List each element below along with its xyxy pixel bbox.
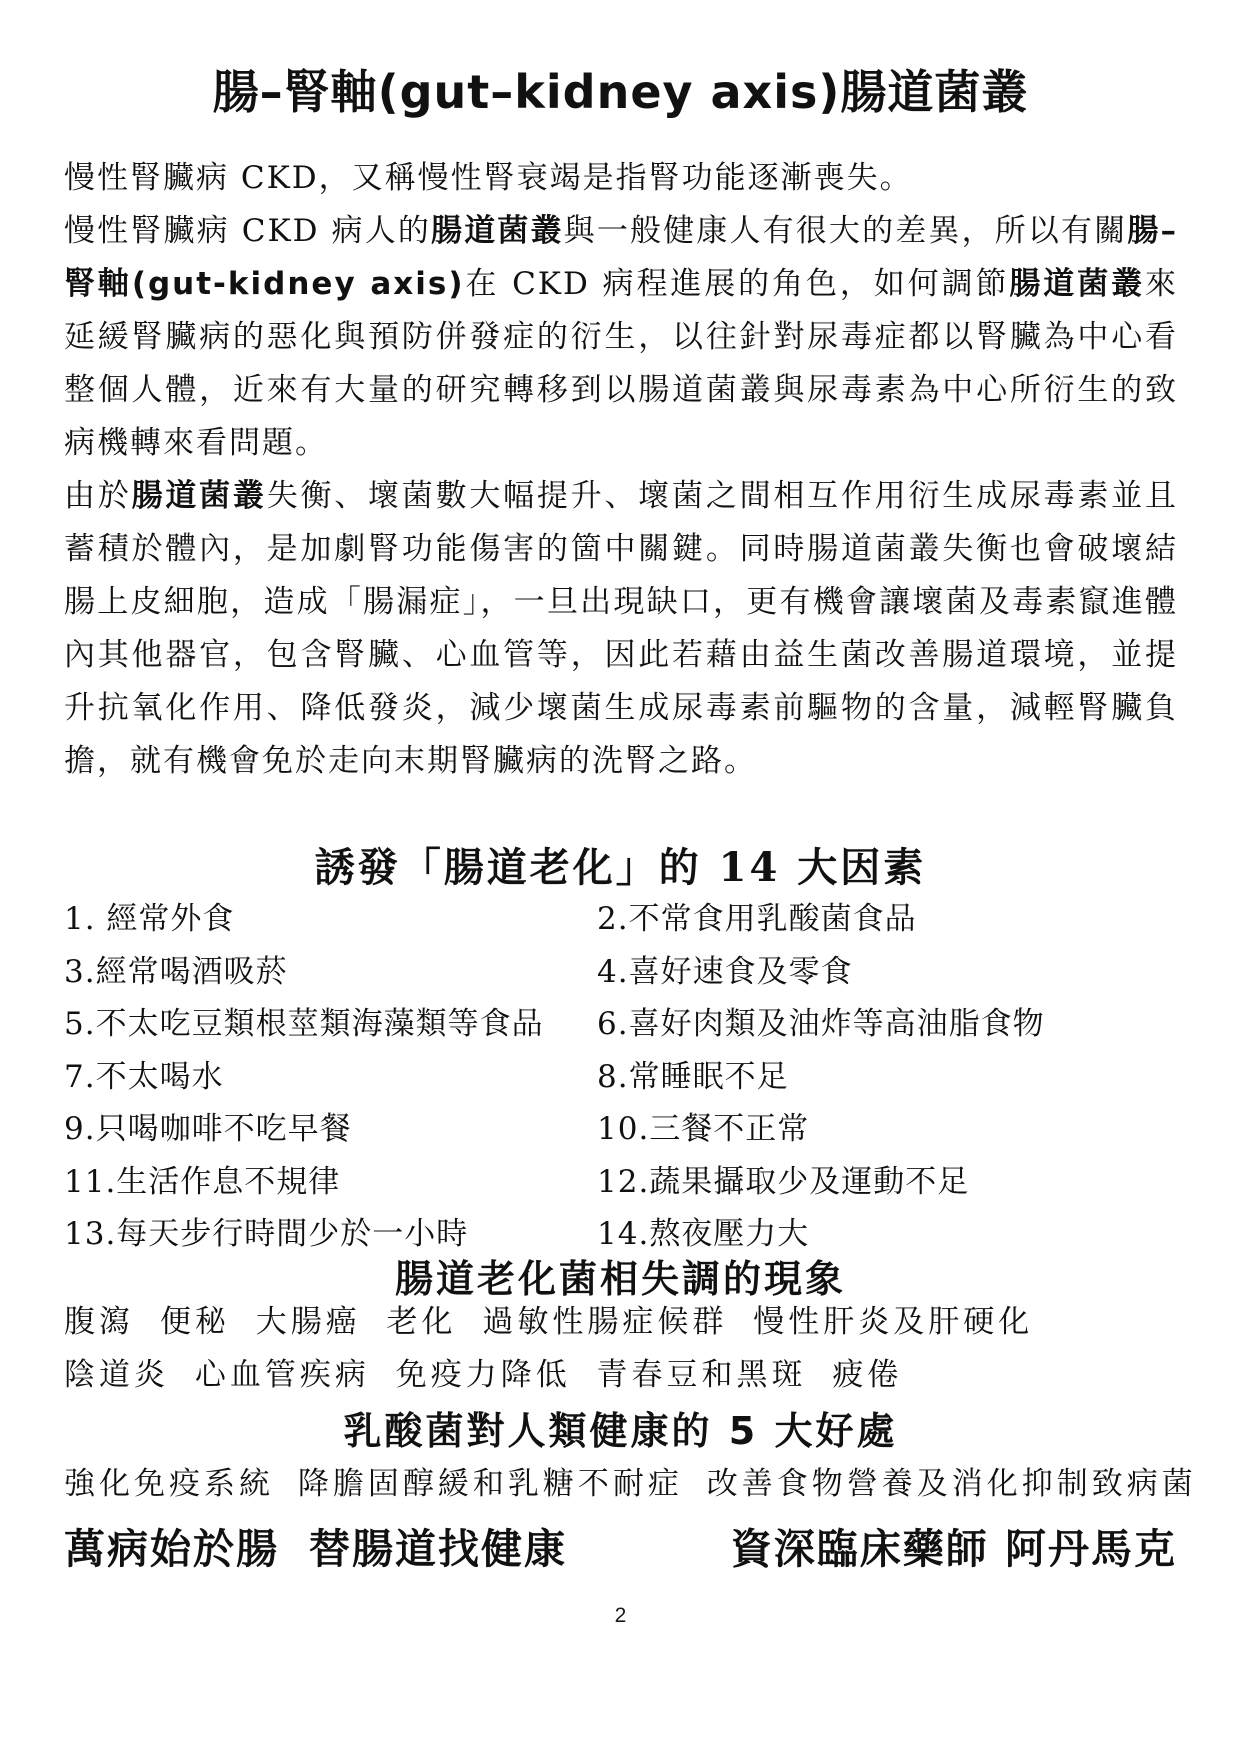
list-item: 4.喜好速食及零食 [597,946,1178,999]
dysbiosis-line: 陰道炎 心血管疾病 免疫力降低 青春豆和黑斑 疲倦 [64,1349,1178,1394]
intro-section: 慢性腎臟病 CKD，又稱慢性腎衰竭是指腎功能逐漸喪失。 慢性腎臟病 CKD 病人… [64,152,1178,788]
document-page: 腸–腎軸(gut–kidney axis)腸道菌叢 慢性腎臟病 CKD，又稱慢性… [0,0,1241,1755]
footer-motto-1: 萬病始於腸 [64,1516,279,1575]
footer-author: 資深臨床藥師 阿丹馬克 [731,1516,1177,1575]
list-item: 7.不太喝水 [64,1051,597,1104]
intro-paragraph: 慢性腎臟病 CKD，又稱慢性腎衰竭是指腎功能逐漸喪失。 [64,152,1178,205]
list-item: 2.不常食用乳酸菌食品 [597,893,1178,946]
benefits-line: 強化免疫系統 降膽固醇緩和乳糖不耐症 改善食物營養及消化抑制致病菌 [64,1458,1178,1503]
list-item: 11.生活作息不規律 [64,1156,597,1209]
benefits-heading: 乳酸菌對人類健康的 5 大好處 [0,1400,1241,1455]
list-item: 1. 經常外食 [64,893,597,946]
page-number: 2 [0,1604,1241,1628]
page-title: 腸–腎軸(gut–kidney axis)腸道菌叢 [0,56,1241,122]
factors-list: 1. 經常外食 2.不常食用乳酸菌食品 3.經常喝酒吸菸 4.喜好速食及零食 5… [64,893,1178,1261]
footer-line: 萬病始於腸 替腸道找健康 資深臨床藥師 阿丹馬克 [64,1516,1177,1575]
list-item: 8.常睡眠不足 [597,1051,1178,1104]
list-item: 5.不太吃豆類根莖類海藻類等食品 [64,998,597,1051]
list-item: 10.三餐不正常 [597,1103,1178,1156]
factors-heading: 誘發「腸道老化」的 14 大因素 [0,836,1241,893]
dysbiosis-line: 腹瀉 便秘 大腸癌 老化 過敏性腸症候群 慢性肝炎及肝硬化 [64,1296,1178,1341]
list-item: 12.蔬果攝取少及運動不足 [597,1156,1178,1209]
list-item: 6.喜好肉類及油炸等高油脂食物 [597,998,1178,1051]
intro-paragraph: 慢性腎臟病 CKD 病人的腸道菌叢與一般健康人有很大的差異，所以有關腸–腎軸(g… [64,205,1178,470]
dysbiosis-heading: 腸道老化菌相失調的現象 [0,1248,1241,1303]
list-item: 9.只喝咖啡不吃早餐 [64,1103,597,1156]
footer-motto-2: 替腸道找健康 [309,1516,567,1575]
list-item: 3.經常喝酒吸菸 [64,946,597,999]
intro-paragraph: 由於腸道菌叢失衡、壞菌數大幅提升、壞菌之間相互作用衍生成尿毒素並且蓄積於體內，是… [64,470,1178,788]
